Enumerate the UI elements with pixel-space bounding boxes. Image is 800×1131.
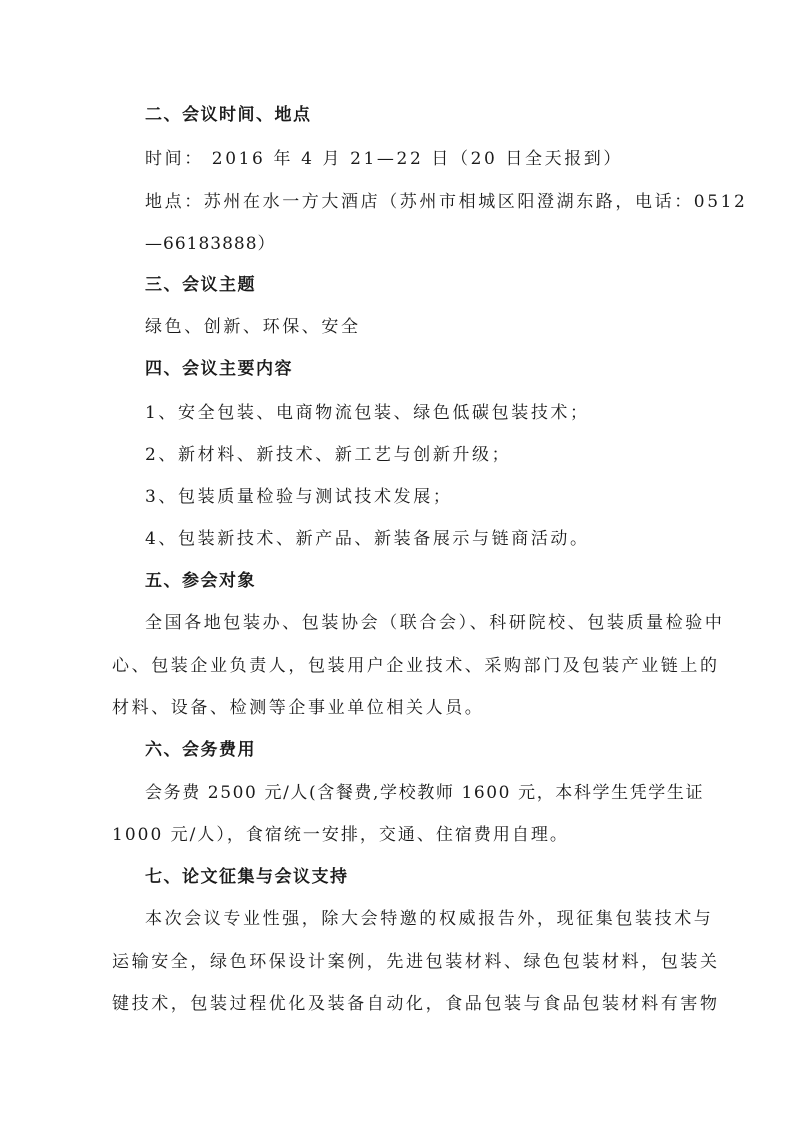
section-heading-theme: 三、会议主题 [145,274,256,296]
theme-text: 绿色、创新、环保、安全 [145,316,361,338]
papers-line-2: 运输安全，绿色环保设计案例，先进包装材料、绿色包装材料，包装关 [112,951,720,973]
content-item-2: 2、新材料、新技术、新工艺与创新升级； [145,444,511,466]
papers-line-3: 键技术，包装过程优化及装备自动化，食品包装与食品包装材料有害物 [112,993,720,1015]
section-heading-main-content: 四、会议主要内容 [145,358,293,380]
attendees-line-1: 全国各地包装办、包装协会（联合会）、科研院校、包装质量检验中 [145,612,725,634]
papers-line-1: 本次会议专业性强，除大会特邀的权威报告外，现征集包装技术与 [145,908,713,930]
section-heading-fees: 六、会务费用 [145,739,256,761]
section-heading-meeting-time-place: 二、会议时间、地点 [145,104,312,126]
meeting-place-phone-cont: —66183888） [145,233,276,255]
attendees-line-2: 心、包装企业负责人，包装用户企业技术、采购部门及包装产业链上的 [112,655,720,677]
attendees-line-3: 材料、设备、检测等企事业单位相关人员。 [112,697,484,719]
content-item-4: 4、包装新技术、新产品、新装备展示与链商活动。 [145,528,590,550]
section-heading-papers: 七、论文征集与会议支持 [145,866,349,888]
content-item-1: 1、安全包装、电商物流包装、绿色低碳包装技术； [145,402,590,424]
fees-line-1: 会务费 2500 元/人(含餐费,学校教师 1600 元，本科学生凭学生证 [145,782,704,804]
fees-line-2: 1000 元/人），食宿统一安排，交通、住宿费用自理。 [112,824,569,846]
section-heading-attendees: 五、参会对象 [145,570,256,592]
content-item-3: 3、包装质量检验与测试技术发展； [145,486,452,508]
meeting-place: 地点：苏州在水一方大酒店（苏州市相城区阳澄湖东路，电话：0512 [145,191,747,213]
meeting-time: 时间： 2016 年 4 月 21—22 日（20 日全天报到） [145,148,623,170]
